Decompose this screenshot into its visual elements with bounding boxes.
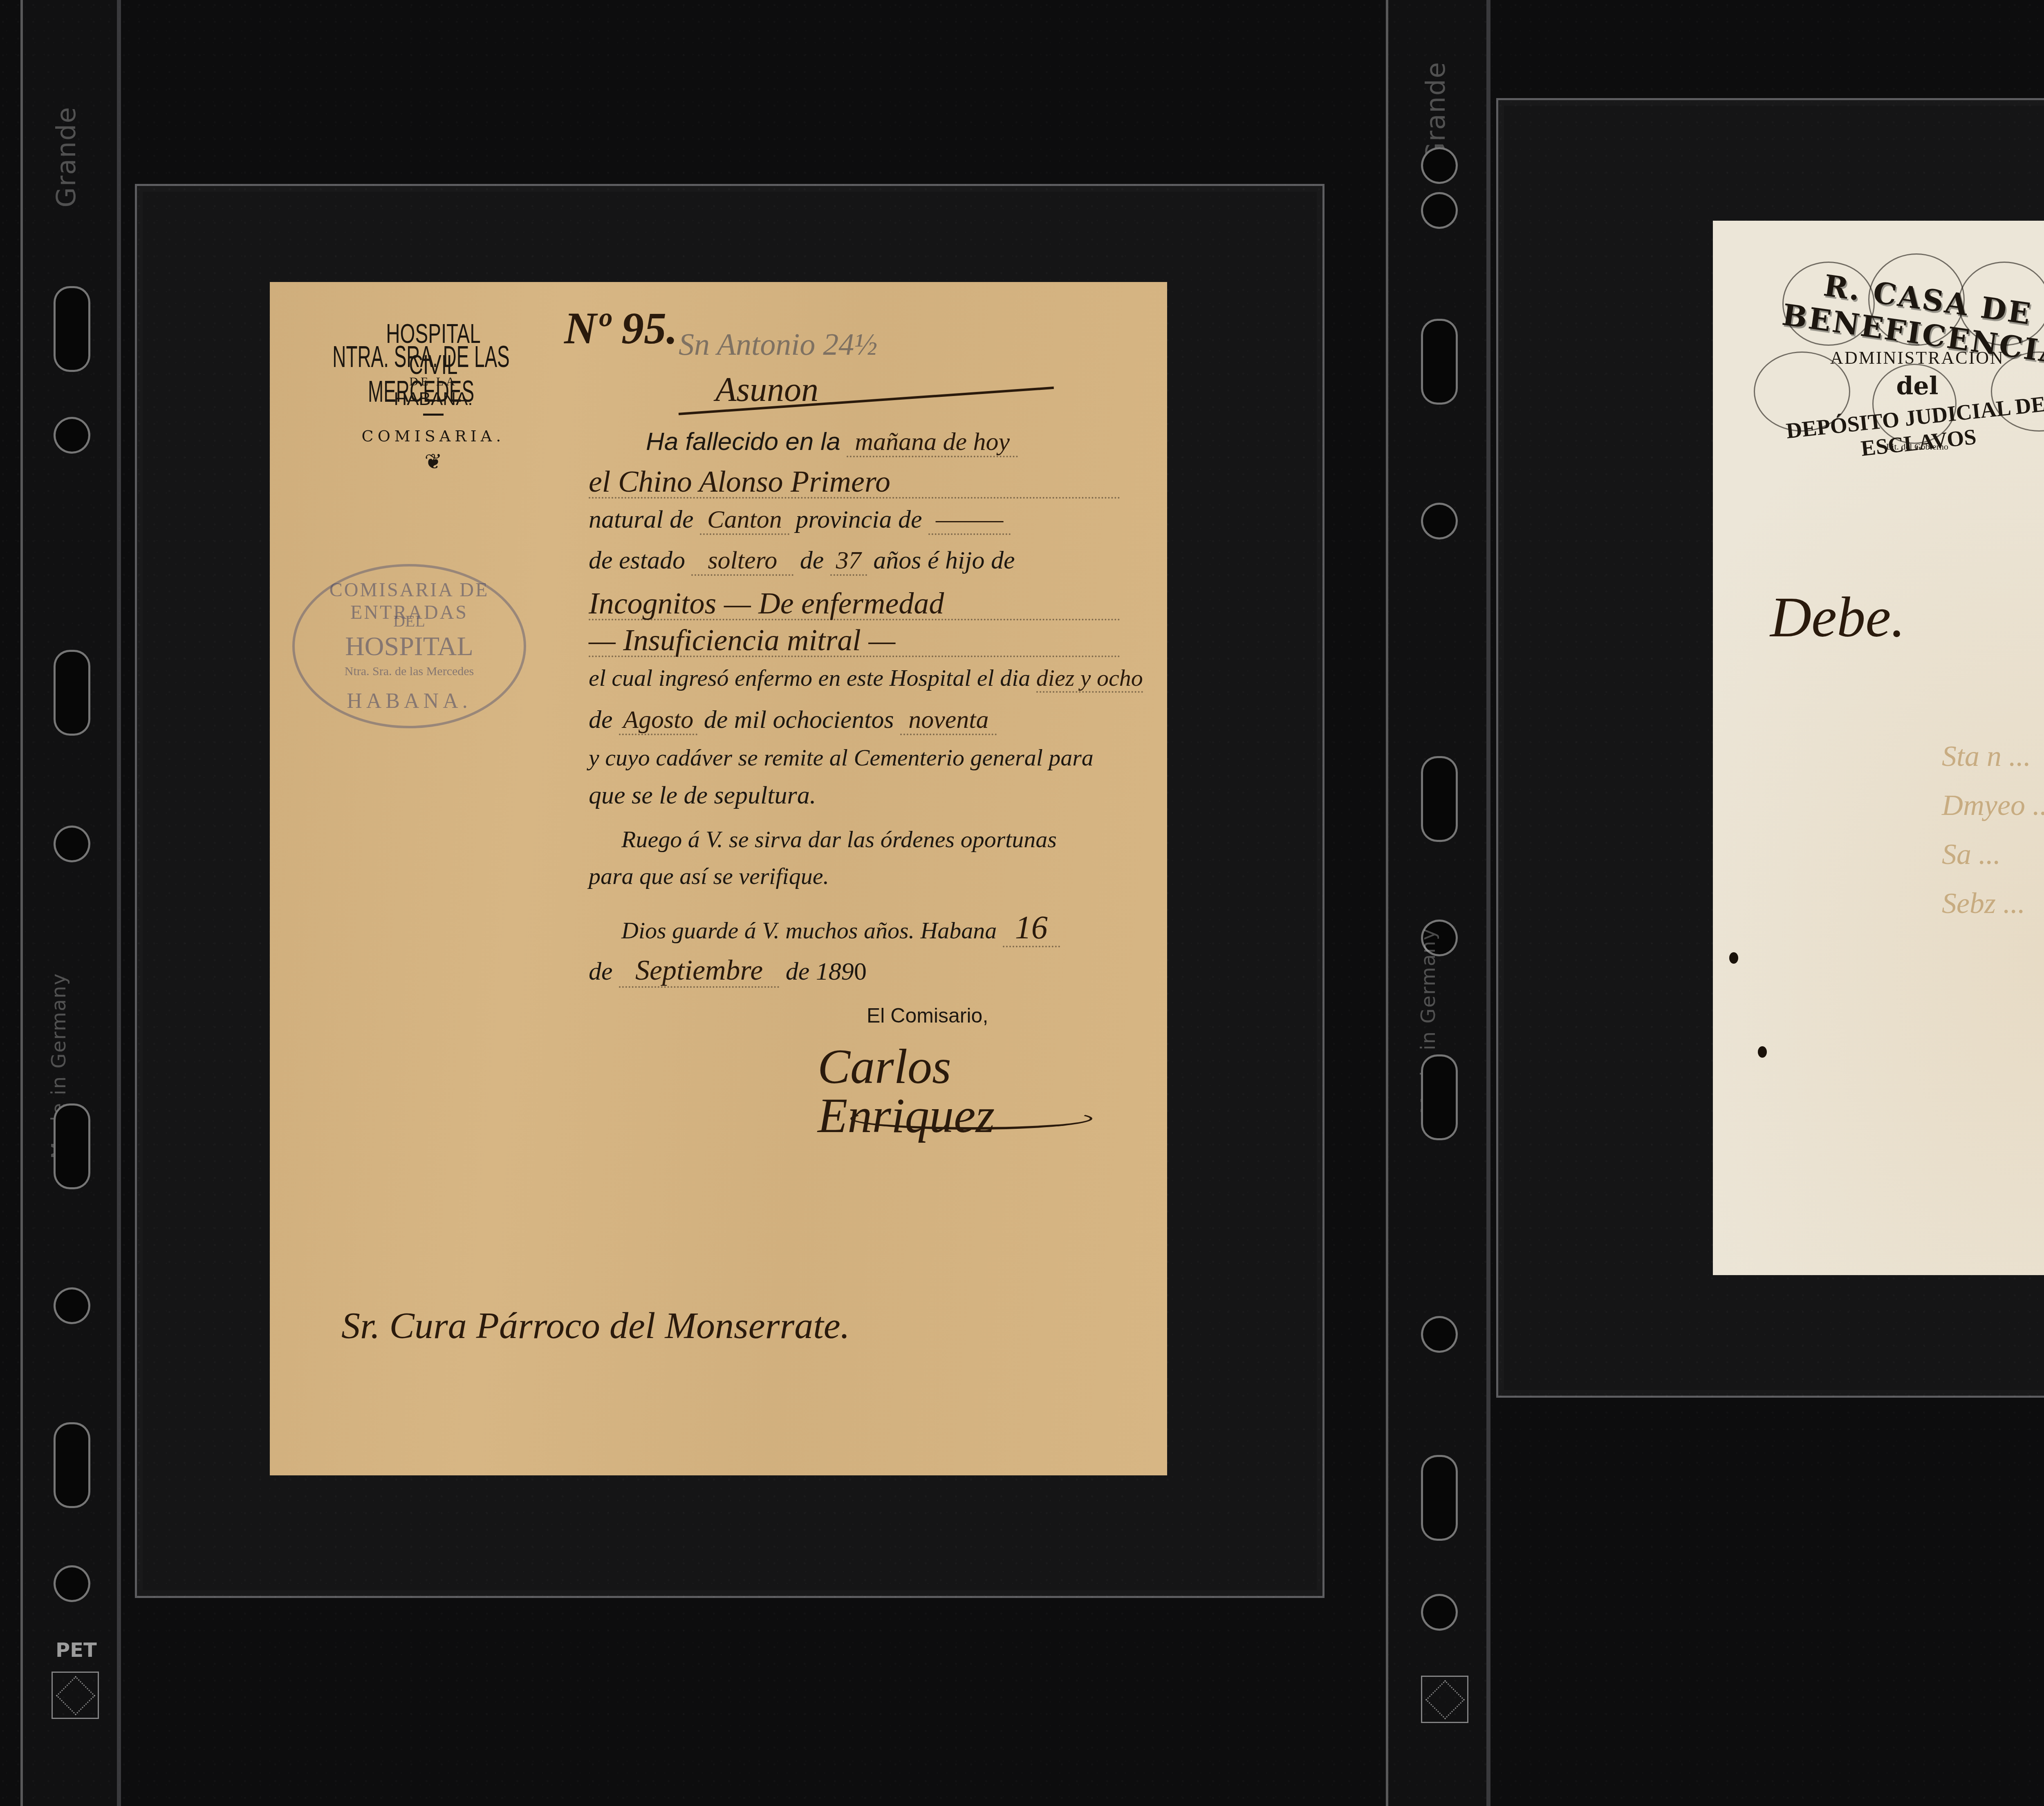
body-line: el Chino Alonso Primero — [589, 467, 1120, 499]
body-line: natural de Canton provincia de ——— — [589, 507, 1011, 532]
punch-hole-icon — [1421, 147, 1458, 184]
punch-hole-icon — [54, 826, 90, 862]
punch-hole-icon — [54, 650, 90, 736]
header-rule — [423, 414, 444, 416]
ink-dot — [1729, 952, 1738, 964]
request-line: para que así se verifique. — [589, 864, 829, 888]
request-line: Ruego á V. se sirva dar las órdenes opor… — [621, 828, 1057, 851]
punch-hole-icon — [1421, 192, 1458, 229]
header-comisaria: COMISARIA. — [331, 427, 536, 445]
hospital-death-certificate: HOSPITAL CIVIL NTRA. SRA. DE LAS MERCEDE… — [270, 282, 1167, 1475]
beneficencia-crest: R. CASA DE BENEFICENCIA ADMINISTRACION d… — [1729, 249, 2044, 478]
punch-hole-icon — [1421, 1054, 1458, 1140]
header-de-la: DE LA — [331, 375, 536, 389]
body-line: Ha fallecido en la mañana de hoy — [646, 429, 1018, 454]
pencil-address-note: Sn Antonio 24½ — [679, 327, 877, 363]
body-line: y cuyo cadáver se remite al Cementerio g… — [589, 746, 1094, 770]
body-line: — Insuficiencia mitral — — [589, 625, 1120, 657]
stamp-diamond-icon — [52, 1672, 99, 1719]
comisaria-oval-stamp: COMISARIA DE ENTRADAS DEL HOSPITAL Ntra.… — [292, 564, 526, 728]
signature-flourish — [850, 1108, 1092, 1130]
document-number: Nº 95. — [564, 302, 677, 354]
stamp-diamond-icon — [1421, 1676, 1468, 1723]
crest-printer: Lit. del Gobierno — [1864, 441, 1970, 452]
crest-administracion: ADMINISTRACION — [1803, 347, 2032, 368]
punch-hole-icon — [54, 1422, 90, 1508]
punch-hole-icon — [1421, 1455, 1458, 1541]
punch-hole-icon — [54, 286, 90, 372]
beneficencia-slave-deposit-letter: Sta n ... Dmyeo ...Sa ...Sebz ... 1314 R… — [1713, 221, 2044, 1275]
comisario-title: El Comisario, — [867, 1005, 988, 1026]
header-habana: HABANA. — [331, 389, 536, 410]
punch-hole-icon — [1421, 1594, 1458, 1631]
brand-emboss: Grande — [52, 106, 82, 208]
body-line: el cual ingresó enfermo en este Hospital… — [589, 666, 1143, 690]
left-sleeve-binder-strip: Grande Made in Germany PET — [20, 0, 121, 1806]
punch-hole-icon — [54, 1565, 90, 1602]
debe-heading: Debe. — [1770, 584, 1905, 650]
ornament-icon: ❦ — [421, 450, 446, 474]
body-line: de estado soltero de 37 años é hijo de — [589, 548, 1015, 573]
punch-hole-icon — [1421, 756, 1458, 842]
punch-hole-icon — [54, 417, 90, 454]
punch-hole-icon — [1421, 1316, 1458, 1353]
ink-dot — [1758, 1046, 1767, 1058]
date-line: de Septiembre de 1890 — [589, 956, 867, 985]
flourish-annotation: Asunon — [715, 370, 818, 410]
pet-label: PET — [56, 1639, 97, 1662]
punch-hole-icon — [54, 1103, 90, 1189]
addressee-line: Sr. Cura Párroco del Monserrate. — [341, 1304, 850, 1347]
punch-hole-icon — [1421, 503, 1458, 539]
right-sleeve-binder-strip: Grande Made in Germany — [1386, 0, 1490, 1806]
body-line: de Agosto de mil ochocientos noventa — [589, 707, 997, 732]
bleed-through-text: Sta n ... Dmyeo ...Sa ...Sebz ... — [1942, 732, 2044, 928]
body-line: Incognitos — De enfermedad — [589, 589, 1120, 620]
punch-hole-icon — [54, 1287, 90, 1324]
punch-hole-icon — [1421, 319, 1458, 405]
blessing-line: Dios guarde á V. muchos años. Habana 16 — [621, 911, 1060, 944]
body-line: que se le de sepultura. — [589, 783, 816, 808]
crest-del: del — [1876, 372, 1958, 401]
